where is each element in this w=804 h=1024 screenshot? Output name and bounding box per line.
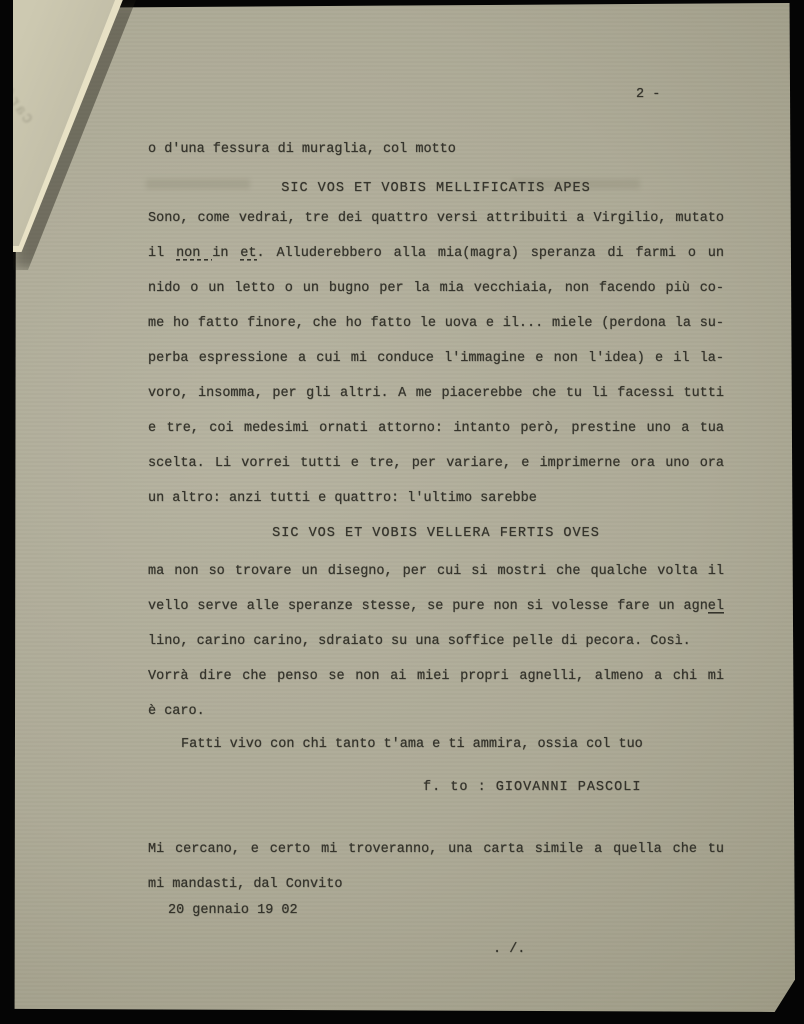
letter-line: lino, carino carino, sdraiato su una sof… (148, 624, 724, 659)
letter-line: Sono, come vedrai, tre dei quattro versi… (148, 201, 724, 236)
letter-line: ma non so trovare un disegno, per cui si… (148, 554, 724, 589)
paragraph-1: Sono, come vedrai, tre dei quattro versi… (148, 201, 724, 516)
signature-line: f. to : GIOVANNI PASCOLI (423, 778, 641, 798)
letter-intro-line: o d'una fessura di muraglia, col motto (148, 132, 724, 167)
letter-line: mi mandasti, dal Convito (148, 867, 724, 902)
page-number: 2 - (636, 85, 660, 105)
scanned-letter-page: Carissi 2 - o d'una fessura di muraglia,… (0, 0, 804, 1024)
letter-line: voro, insomma, per gli altri. A me piace… (148, 376, 724, 411)
letter-line: il non in et. Alluderebbero alla mia(mag… (148, 236, 724, 271)
letter-line: e tre, coi medesimi ornati attorno: inta… (148, 411, 724, 446)
letter-line: scelta. Li vorrei tutti e tre, per varia… (148, 446, 724, 481)
letter-line: un altro: anzi tutti e quattro: l'ultimo… (148, 481, 724, 516)
letter-line: nido o un letto o un bugno per la mia ve… (148, 271, 724, 306)
letter-line: è caro. (148, 694, 724, 729)
date-line: 20 gennaio 19 02 (168, 901, 298, 921)
letter-line: Mi cercano, e certo mi troveranno, una c… (148, 832, 724, 867)
latin-motto-2: SIC VOS ET VOBIS VELLERA FERTIS OVES (148, 516, 790, 551)
closing-line: Fatti vivo con chi tanto t'ama e ti ammi… (148, 727, 757, 762)
letter-line: Vorrà dire che penso se non ai miei prop… (148, 659, 724, 694)
postscript: Mi cercano, e certo mi troveranno, una c… (148, 832, 724, 902)
letter-text: 2 - o d'una fessura di muraglia, col mot… (0, 0, 804, 1024)
letter-line: me ho fatto finore, che ho fatto le uova… (148, 306, 724, 341)
letter-line: vello serve alle speranze stesse, se pur… (148, 589, 724, 624)
letter-line: perba espressione a cui mi conduce l'imm… (148, 341, 724, 376)
continuation-mark: . /. (493, 940, 525, 960)
paragraph-2: ma non so trovare un disegno, per cui si… (148, 554, 724, 729)
